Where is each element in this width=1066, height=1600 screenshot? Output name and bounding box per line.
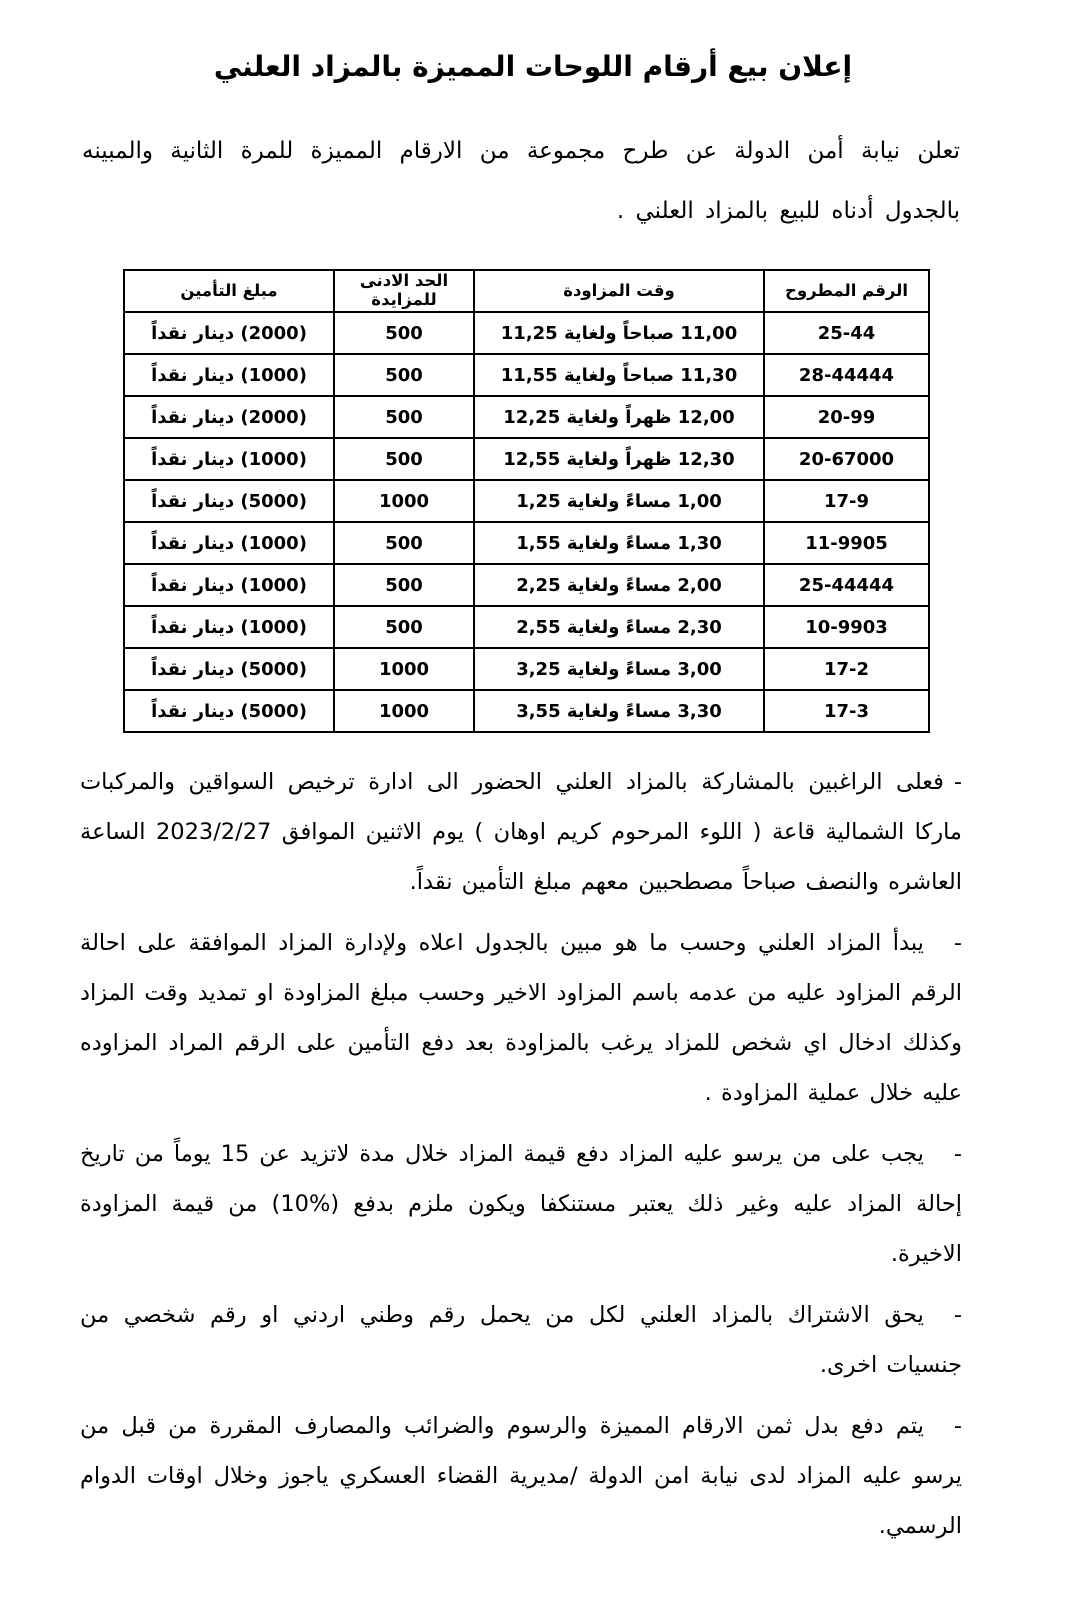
cell-bidding-time: 1,30 مساءً ولغاية 1,55: [474, 522, 764, 564]
cell-deposit-amount: (1000) دينار نقداً: [124, 438, 334, 480]
cell-deposit-amount: (5000) دينار نقداً: [124, 648, 334, 690]
bullet-dash: -: [954, 1129, 962, 1179]
cell-bidding-time: 2,00 مساءً ولغاية 2,25: [474, 564, 764, 606]
table-row: 28-44444 11,30 صباحاً ولغاية 11,55 500 (…: [124, 354, 929, 396]
cell-deposit-amount: (1000) دينار نقداً: [124, 522, 334, 564]
cell-offered-number: 10-9903: [764, 606, 929, 648]
bullet-paragraph: -يجب على من يرسو عليه المزاد دفع قيمة ال…: [80, 1129, 962, 1279]
cell-minimum-bid: 1000: [334, 690, 474, 732]
cell-offered-number: 25-44444: [764, 564, 929, 606]
cell-offered-number: 25-44: [764, 312, 929, 354]
bullet-text: يحق الاشتراك بالمزاد العلني لكل من يحمل …: [80, 1302, 962, 1378]
table-row: 25-44 11,00 صباحاً ولغاية 11,25 500 (200…: [124, 312, 929, 354]
cell-minimum-bid: 1000: [334, 648, 474, 690]
cell-offered-number: 11-9905: [764, 522, 929, 564]
auction-table-body: 25-44 11,00 صباحاً ولغاية 11,25 500 (200…: [124, 312, 929, 732]
cell-offered-number: 17-9: [764, 480, 929, 522]
header-deposit-amount: مبلغ التأمين: [124, 270, 334, 312]
bullet-dash: -: [954, 918, 962, 968]
bullet-text: يبدأ المزاد العلني وحسب ما هو مبين بالجد…: [80, 930, 962, 1106]
cell-minimum-bid: 500: [334, 438, 474, 480]
cell-bidding-time: 1,00 مساءً ولغاية 1,25: [474, 480, 764, 522]
bullet-text: يتم دفع بدل ثمن الارقام المميزة والرسوم …: [80, 1413, 962, 1539]
bullet-paragraph: -فعلى الراغبين بالمشاركة بالمزاد العلني …: [80, 757, 962, 907]
bullet-dash: -: [954, 757, 962, 807]
cell-minimum-bid: 500: [334, 354, 474, 396]
cell-deposit-amount: (1000) دينار نقداً: [124, 564, 334, 606]
cell-offered-number: 17-3: [764, 690, 929, 732]
bullet-dash: -: [954, 1290, 962, 1340]
terms-section: -فعلى الراغبين بالمشاركة بالمزاد العلني …: [80, 757, 962, 1551]
cell-deposit-amount: (1000) دينار نقداً: [124, 606, 334, 648]
cell-deposit-amount: (5000) دينار نقداً: [124, 690, 334, 732]
bullet-paragraph: -يبدأ المزاد العلني وحسب ما هو مبين بالج…: [80, 918, 962, 1118]
bullet-text: فعلى الراغبين بالمشاركة بالمزاد العلني ا…: [80, 769, 962, 895]
cell-minimum-bid: 500: [334, 312, 474, 354]
table-row: 17-2 3,00 مساءً ولغاية 3,25 1000 (5000) …: [124, 648, 929, 690]
cell-offered-number: 28-44444: [764, 354, 929, 396]
cell-offered-number: 17-2: [764, 648, 929, 690]
announcement-document: إعلان بيع أرقام اللوحات المميزة بالمزاد …: [0, 0, 1066, 1600]
intro-paragraph: تعلن نيابة أمن الدولة عن طرح مجموعة من ا…: [82, 121, 960, 241]
page-title: إعلان بيع أرقام اللوحات المميزة بالمزاد …: [100, 50, 966, 83]
table-row: 17-3 3,30 مساءً ولغاية 3,55 1000 (5000) …: [124, 690, 929, 732]
auction-table: الرقم المطروح وقت المزاودة الحد الادنى ل…: [123, 269, 930, 733]
table-row: 11-9905 1,30 مساءً ولغاية 1,55 500 (1000…: [124, 522, 929, 564]
table-header-row: الرقم المطروح وقت المزاودة الحد الادنى ل…: [124, 270, 929, 312]
header-offered-number: الرقم المطروح: [764, 270, 929, 312]
cell-deposit-amount: (5000) دينار نقداً: [124, 480, 334, 522]
bullet-paragraph: -يحق الاشتراك بالمزاد العلني لكل من يحمل…: [80, 1290, 962, 1390]
auction-table-header: الرقم المطروح وقت المزاودة الحد الادنى ل…: [124, 270, 929, 312]
cell-bidding-time: 12,00 ظهراً ولغاية 12,25: [474, 396, 764, 438]
bullet-paragraph: -يتم دفع بدل ثمن الارقام المميزة والرسوم…: [80, 1401, 962, 1551]
cell-minimum-bid: 500: [334, 396, 474, 438]
bullet-dash: -: [954, 1401, 962, 1451]
cell-minimum-bid: 500: [334, 606, 474, 648]
cell-bidding-time: 11,00 صباحاً ولغاية 11,25: [474, 312, 764, 354]
cell-minimum-bid: 500: [334, 522, 474, 564]
cell-bidding-time: 11,30 صباحاً ولغاية 11,55: [474, 354, 764, 396]
cell-deposit-amount: (1000) دينار نقداً: [124, 354, 334, 396]
table-row: 25-44444 2,00 مساءً ولغاية 2,25 500 (100…: [124, 564, 929, 606]
cell-bidding-time: 12,30 ظهراً ولغاية 12,55: [474, 438, 764, 480]
table-row: 20-99 12,00 ظهراً ولغاية 12,25 500 (2000…: [124, 396, 929, 438]
cell-bidding-time: 2,30 مساءً ولغاية 2,55: [474, 606, 764, 648]
cell-offered-number: 20-67000: [764, 438, 929, 480]
cell-minimum-bid: 500: [334, 564, 474, 606]
cell-bidding-time: 3,00 مساءً ولغاية 3,25: [474, 648, 764, 690]
cell-bidding-time: 3,30 مساءً ولغاية 3,55: [474, 690, 764, 732]
table-row: 10-9903 2,30 مساءً ولغاية 2,55 500 (1000…: [124, 606, 929, 648]
bullet-text: يجب على من يرسو عليه المزاد دفع قيمة الم…: [80, 1141, 962, 1267]
header-bidding-time: وقت المزاودة: [474, 270, 764, 312]
table-row: 20-67000 12,30 ظهراً ولغاية 12,55 500 (1…: [124, 438, 929, 480]
cell-offered-number: 20-99: [764, 396, 929, 438]
header-minimum-bid: الحد الادنى للمزايدة: [334, 270, 474, 312]
cell-minimum-bid: 1000: [334, 480, 474, 522]
table-row: 17-9 1,00 مساءً ولغاية 1,25 1000 (5000) …: [124, 480, 929, 522]
cell-deposit-amount: (2000) دينار نقداً: [124, 312, 334, 354]
cell-deposit-amount: (2000) دينار نقداً: [124, 396, 334, 438]
